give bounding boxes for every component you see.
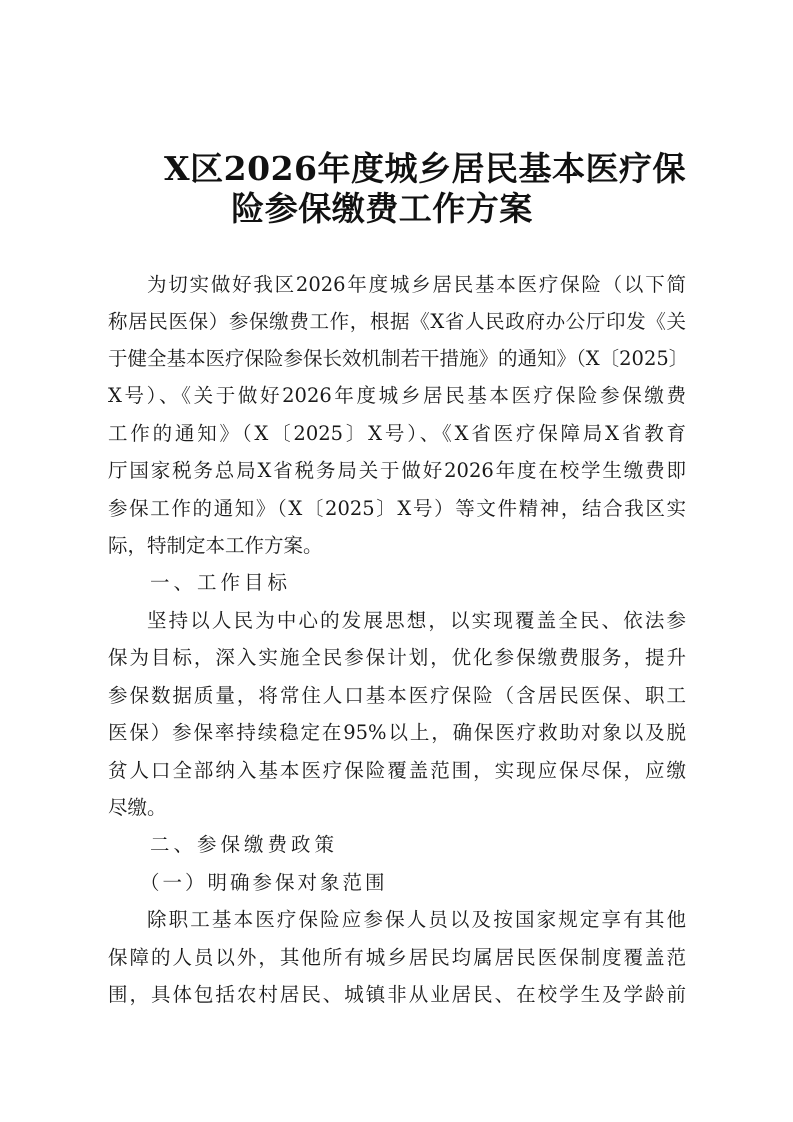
section1-line: 坚持以人民为中心的发展思想，以实现覆盖全民、依法参 [147,606,686,636]
intro-line: 参保工作的通知》（X〔2025〕X号）等文件精神，结合我区实 [108,494,686,524]
subsection1-line: 除职工基本医疗保险应参保人员以及按国家规定享有其他 [147,905,686,935]
document-title-line-1: X区2026年度城乡居民基本医疗保 [108,148,686,190]
intro-line: 际，特制定本工作方案。 [108,531,686,561]
intro-line: 称居民医保）参保缴费工作，根据《X省人民政府办公厅印发《关 [108,307,686,337]
subsection1-line: 围，具体包括农村居民、城镇非从业居民、在校学生及学龄前 [108,980,686,1010]
document-title-line-2: 险参保缴费工作方案 [108,188,686,230]
intro-line: 工作的通知》（X〔2025〕X号）、《X省医疗保障局X省教育 [108,419,686,449]
subsection1-line: 保障的人员以外，其他所有城乡居民均属居民医保制度覆盖范 [108,943,686,973]
section-heading-work-goals: 一、工作目标 [150,568,291,598]
intro-line: 为切实做好我区2026年度城乡居民基本医疗保险（以下简 [147,270,686,300]
intro-line: 于健全基本医疗保险参保长效机制若干措施》的通知》（X〔2025〕 [108,344,686,374]
section1-line: 参保数据质量，将常住人口基本医疗保险（含居民医保、职工 [108,681,686,711]
section1-line: 尽缴。 [108,793,686,823]
intro-line: X号）、《关于做好2026年度城乡居民基本医疗保险参保缴费 [108,381,686,411]
document-page: X区2026年度城乡居民基本医疗保 险参保缴费工作方案 为切实做好我区2026年… [0,0,793,1122]
intro-line: 厅国家税务总局X省税务局关于做好2026年度在校学生缴费即 [108,456,686,486]
section1-line: 贫人口全部纳入基本医疗保险覆盖范围，实现应保尽保，应缴 [108,756,686,786]
section1-line: 医保）参保率持续稳定在95%以上，确保医疗救助对象以及脱 [108,718,686,748]
section-heading-policy: 二、参保缴费政策 [150,830,338,860]
section1-line: 保为目标，深入实施全民参保计划，优化参保缴费服务，提升 [108,643,686,673]
subsection-heading-scope: （一）明确参保对象范围 [140,868,388,898]
